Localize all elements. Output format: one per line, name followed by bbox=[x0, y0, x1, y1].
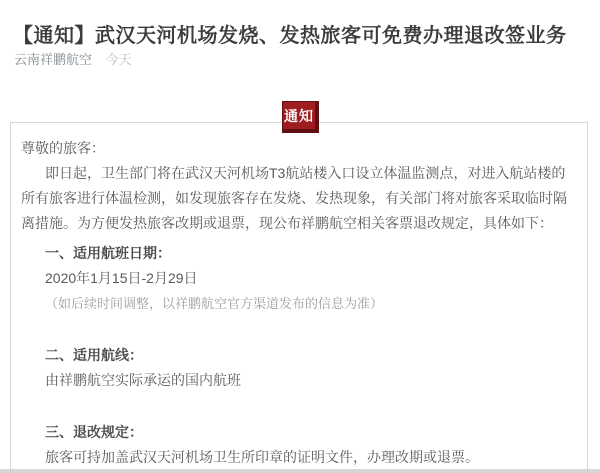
publish-date: 今天 bbox=[106, 52, 132, 67]
notice-badge: 通知 bbox=[282, 101, 319, 133]
byline: 云南祥鹏航空 今天 bbox=[14, 51, 132, 68]
section-1-body: 2020年1月15日-2月29日 bbox=[21, 266, 577, 291]
notice-box: 尊敬的旅客： 即日起，卫生部门将在武汉天河机场T3航站楼入口设立体温监测点，对进… bbox=[10, 122, 588, 473]
article-page: 【通知】武汉天河机场发烧、发热旅客可免费办理退改签业务 云南祥鹏航空 今天 通知… bbox=[0, 0, 600, 473]
account-name-link[interactable]: 云南祥鹏航空 bbox=[14, 52, 92, 67]
section-2-body: 由祥鹏航空实际承运的国内航班 bbox=[21, 368, 577, 393]
notice-content: 尊敬的旅客： 即日起，卫生部门将在武汉天河机场T3航站楼入口设立体温监测点，对进… bbox=[11, 123, 587, 470]
section-1-heading: 一、适用航班日期： bbox=[21, 241, 577, 266]
section-3-heading: 三、退改规定： bbox=[21, 420, 577, 445]
greeting-text: 尊敬的旅客： bbox=[21, 136, 577, 161]
section-2-heading: 二、适用航线： bbox=[21, 343, 577, 368]
intro-paragraph: 即日起，卫生部门将在武汉天河机场T3航站楼入口设立体温监测点，对进入航站楼的所有… bbox=[21, 161, 577, 236]
page-title: 【通知】武汉天河机场发烧、发热旅客可免费办理退改签业务 bbox=[13, 21, 587, 51]
section-3-body: 旅客可持加盖武汉天河机场卫生所印章的证明文件，办理改期或退票。 bbox=[21, 445, 577, 470]
section-1-note: （如后续时间调整，以祥鹏航空官方渠道发布的信息为准） bbox=[21, 291, 577, 316]
bottom-divider bbox=[0, 469, 600, 473]
